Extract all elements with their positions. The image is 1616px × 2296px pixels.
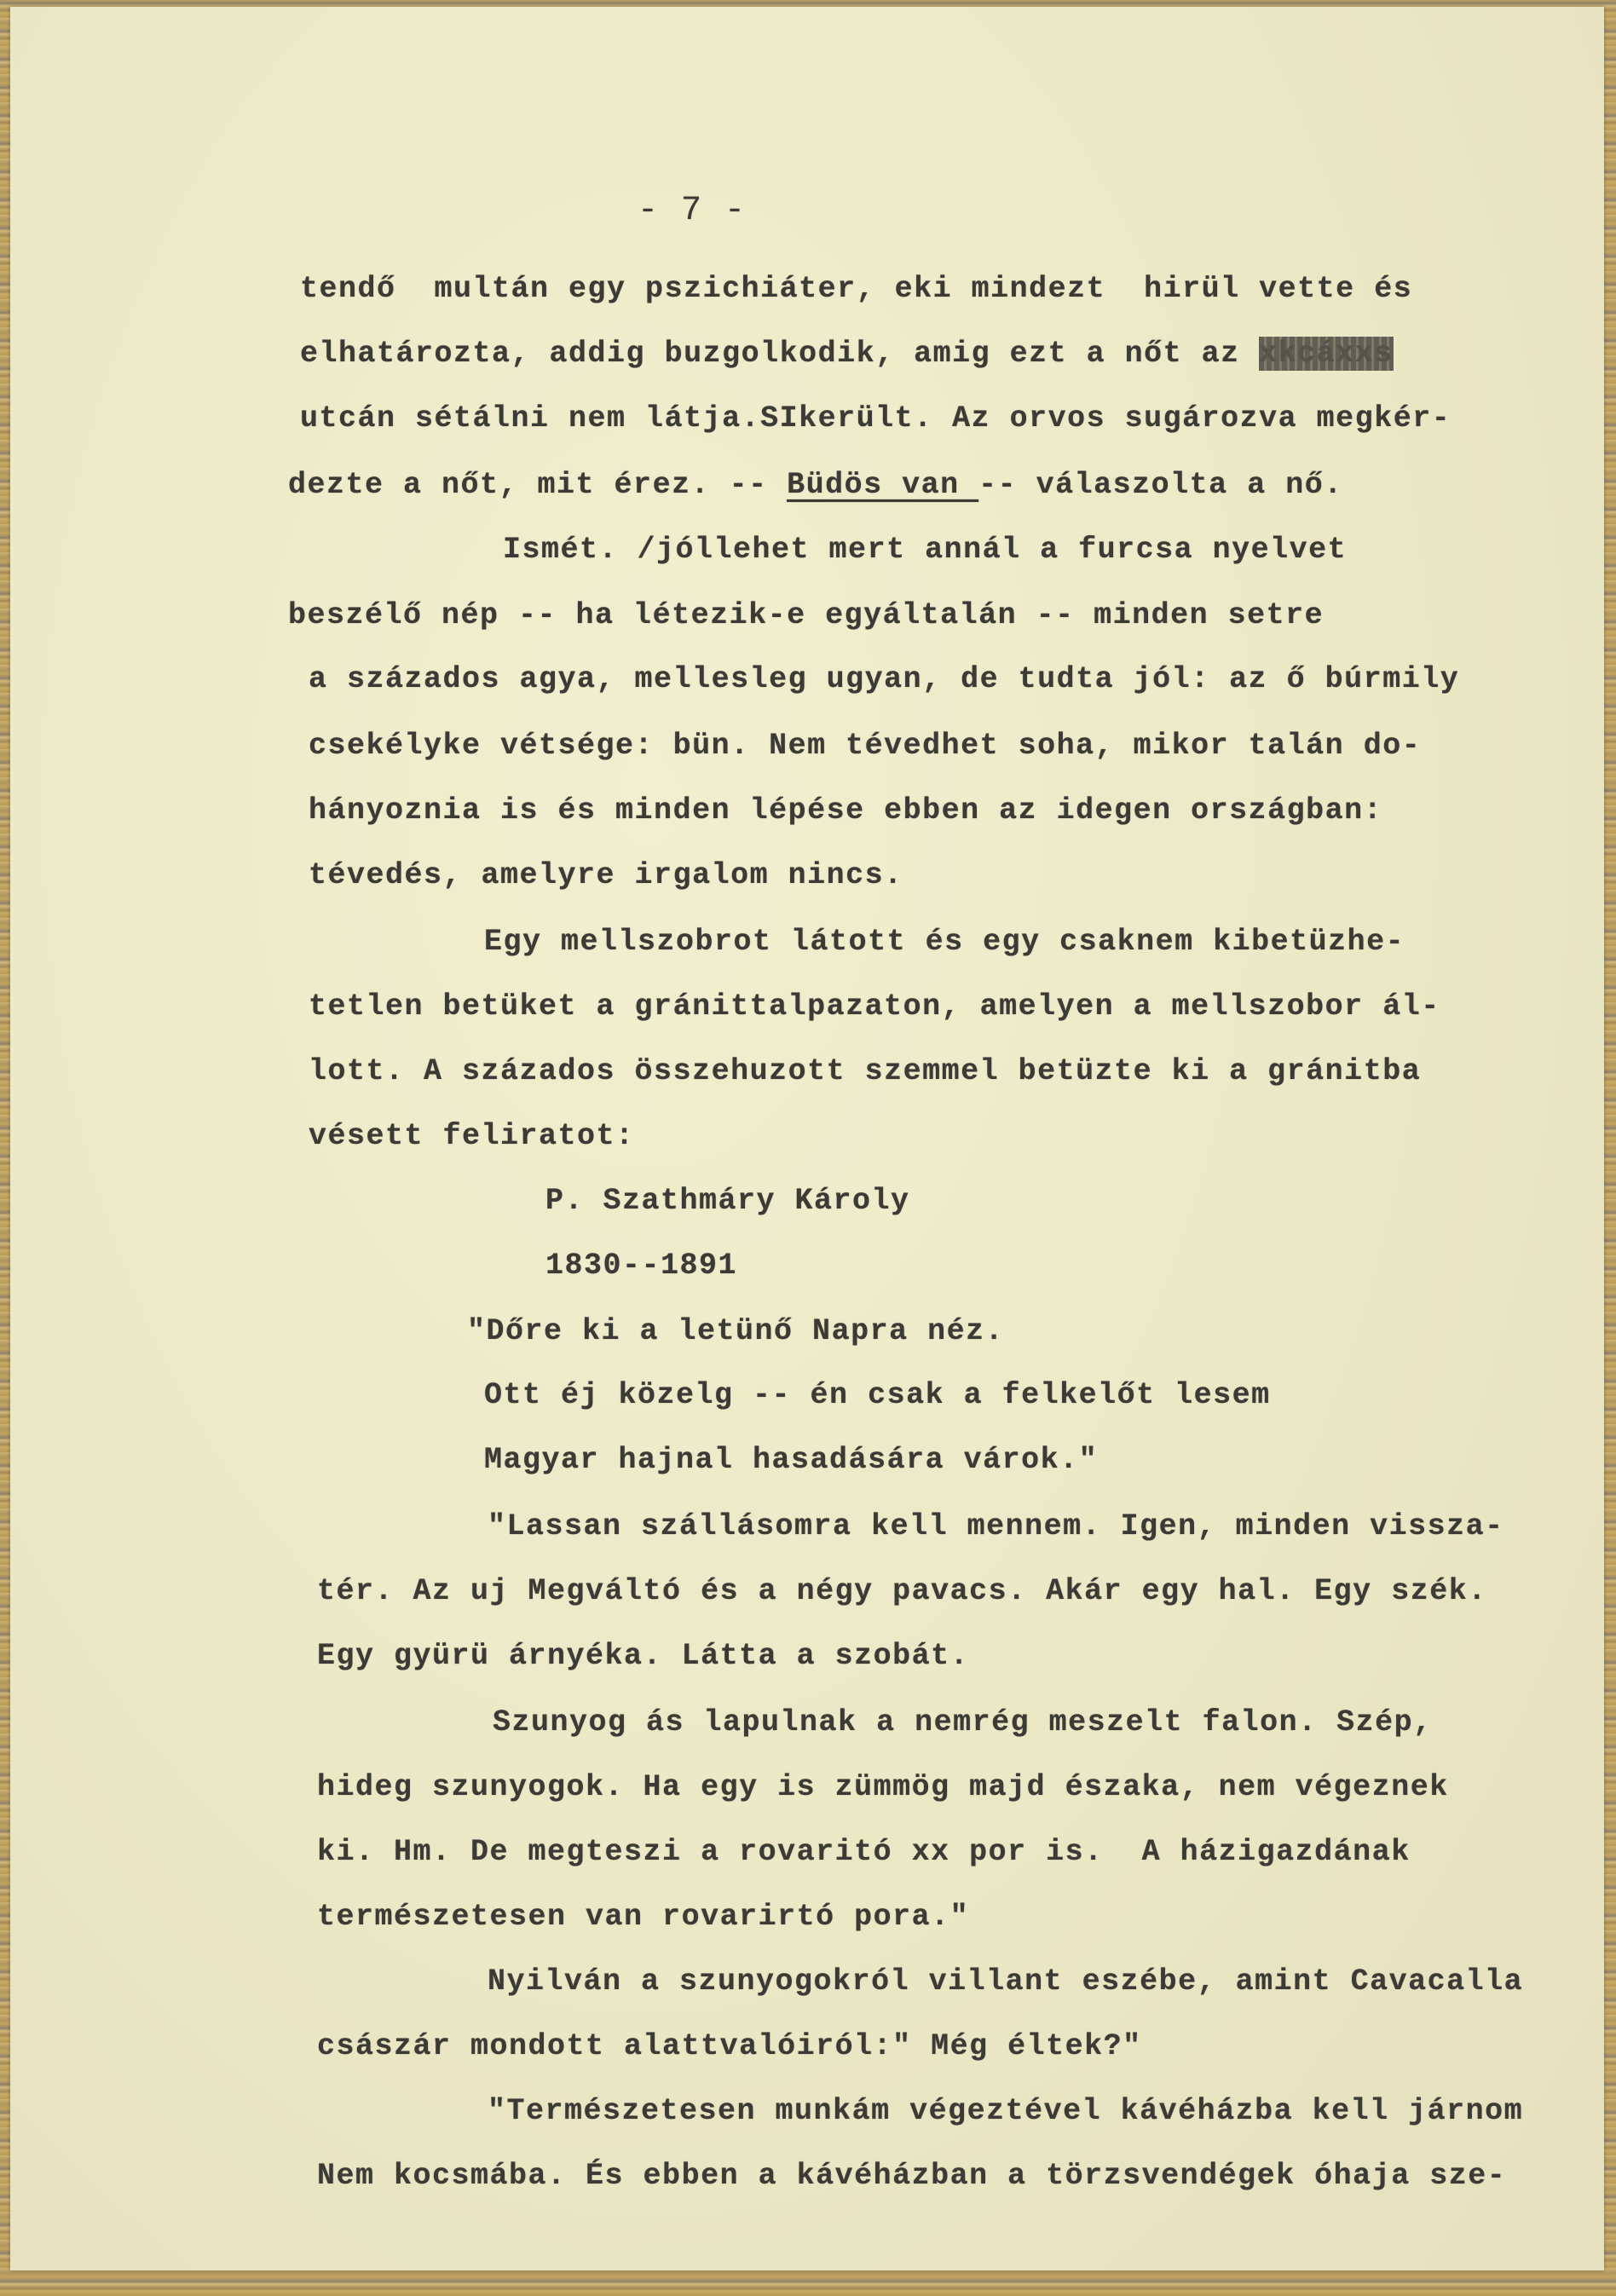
text-line: tévedés, amelyre irgalom nincs. xyxy=(309,861,903,891)
text-line: a százados agya, mellesleg ugyan, de tud… xyxy=(309,665,1459,695)
text-line: Egy gyürü árnyéka. Látta a szobát. xyxy=(317,1641,969,1671)
text-line: Ismét. /jóllehet mert annál a furcsa nye… xyxy=(503,535,1347,565)
text-line: utcán sétálni nem látja.SIkerült. Az orv… xyxy=(300,404,1451,434)
text-line: tendő multán egy pszichiáter, eki mindez… xyxy=(300,274,1412,304)
inscription-dates: 1830--1891 xyxy=(545,1251,737,1281)
text-line: Nyilván a szunyogokról villant eszébe, a… xyxy=(488,1967,1523,1997)
text-line: Szunyog ás lapulnak a nemrég meszelt fal… xyxy=(493,1708,1433,1738)
text-line: hányoznia is és minden lépése ebben az i… xyxy=(309,796,1382,826)
text-line: elhatározta, addig buzgolkodik, amig ezt… xyxy=(300,339,1394,369)
text-line: természetesen van rovarirtó pora." xyxy=(317,1902,969,1932)
text-line: Egy mellszobrot látott és egy csaknem ki… xyxy=(484,927,1405,957)
text-line: lott. A százados összehuzott szemmel bet… xyxy=(309,1057,1421,1087)
text-line: Nem kocsmába. És ebben a kávéházban a tö… xyxy=(317,2161,1506,2191)
text-line: vésett feliratot: xyxy=(309,1122,635,1151)
text-line: beszélő nép -- ha létezik-e egyáltalán -… xyxy=(288,601,1324,631)
text-line: tér. Az uj Megváltó és a négy pavacs. Ak… xyxy=(317,1577,1487,1607)
underlined-phrase: Büdös van xyxy=(787,468,978,502)
line-text: elhatározta, addig buzgolkodik, amig ezt… xyxy=(300,337,1259,371)
text-line: hideg szunyogok. Ha egy is zümmög majd é… xyxy=(317,1773,1449,1803)
text-line: dezte a nőt, mit érez. -- Büdös van -- v… xyxy=(288,470,1343,500)
inscription-verse-line: Magyar hajnal hasadására várok." xyxy=(484,1445,1098,1475)
text-line: "Lassan szállásomra kell mennem. Igen, m… xyxy=(488,1512,1504,1542)
struck-out-word: xkcáxxs xyxy=(1259,337,1394,371)
line-text: -- válaszolta a nő. xyxy=(978,468,1343,502)
line-text: dezte a nőt, mit érez. -- xyxy=(288,468,787,502)
text-line: tetlen betüket a gránittalpazaton, amely… xyxy=(309,992,1440,1022)
text-line: ki. Hm. De megteszi a rovaritó xx por is… xyxy=(317,1837,1411,1867)
inscription-verse-line: "Dőre ki a letünő Napra néz. xyxy=(467,1317,1004,1347)
inscription-name: P. Szathmáry Károly xyxy=(545,1186,910,1216)
text-line: csekélyke vétsége: bün. Nem tévedhet soh… xyxy=(309,731,1421,761)
text-line: császár mondott alattvalóiról:" Még élte… xyxy=(317,2032,1142,2062)
page-number: - 7 - xyxy=(638,194,747,228)
inscription-verse-line: Ott éj közelg -- én csak a felkelőt lese… xyxy=(484,1381,1271,1410)
text-line: "Természetesen munkám végeztével kávéház… xyxy=(488,2097,1523,2126)
